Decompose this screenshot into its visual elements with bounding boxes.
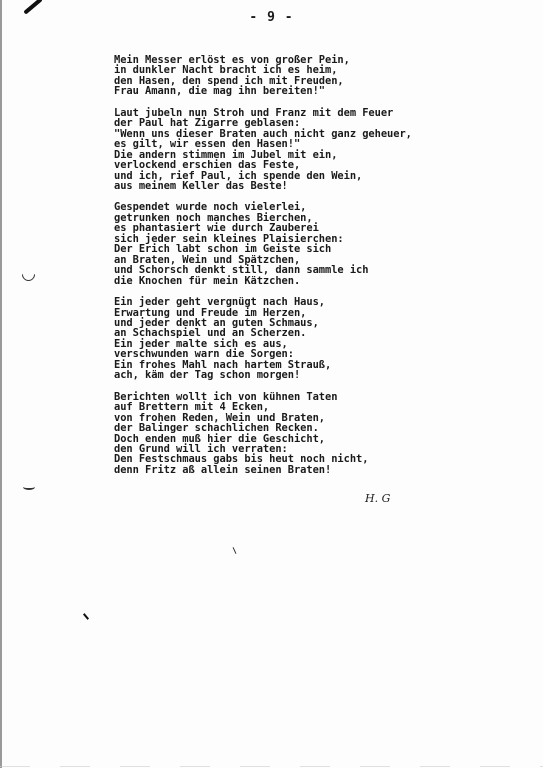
scan-artifact [0,766,543,767]
stanza: Laut jubeln nun Stroh und Franz mit dem … [114,108,412,192]
poem: Mein Messer erlöst es von großer Pein,in… [114,55,412,486]
poem-line: die Knochen für mein Kätzchen. [114,276,412,286]
document-page: - 9 - Mein Messer erlöst es von großer P… [0,0,543,768]
punch-hole-mark-lower [23,484,35,490]
stray-mark [83,613,89,620]
poem-line: Ein jeder geht vergnügt nach Haus, [114,297,412,307]
stanza: Mein Messer erlöst es von großer Pein,in… [114,55,412,97]
handwritten-signature: H. G [365,492,390,505]
stanza: Berichten wollt ich von kühnen Tatenauf … [114,392,412,476]
scan-edge [0,0,2,768]
poem-line: denn Fritz aß allein seinen Braten! [114,465,412,475]
poem-line: verlockend erschien das Feste, [114,160,412,170]
poem-line: Frau Amann, die mag ihn bereiten!" [114,86,412,96]
poem-line: aus meinem Keller das Beste! [114,181,412,191]
stanza: Gespendet wurde noch vielerlei,getrunken… [114,202,412,286]
stray-mark [233,547,237,554]
punch-hole-mark-upper [19,265,37,283]
stanza: Ein jeder geht vergnügt nach Haus,Erwart… [114,297,412,381]
poem-line: der Balinger schachlichen Recken. [114,423,412,433]
page-number: - 9 - [0,10,543,25]
poem-line: ach, käm der Tag schon morgen! [114,370,412,380]
